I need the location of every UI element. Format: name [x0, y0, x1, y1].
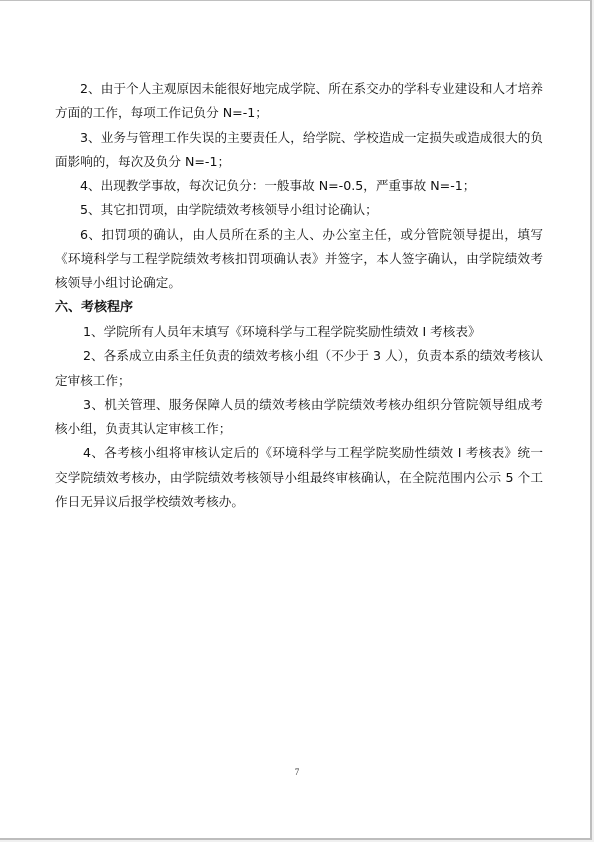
paragraph-procedure-1: 1、学院所有人员年末填写《环境科学与工程学院奖励性绩效 I 考核表》: [55, 320, 543, 344]
paragraph-procedure-3: 3、机关管理、服务保障人员的绩效考核由学院绩效考核办组织分管院领导组成考核小组，…: [55, 393, 543, 442]
section-heading: 六、考核程序: [55, 296, 543, 320]
paragraph-penalty-3: 3、业务与管理工作失误的主要责任人，给学院、学校造成一定损失或造成很大的负面影响…: [55, 126, 543, 175]
paragraph-procedure-4: 4、各考核小组将审核认定后的《环境科学与工程学院奖励性绩效 I 考核表》统一交学…: [55, 441, 543, 514]
paragraph-penalty-2: 2、由于个人主观原因未能很好地完成学院、所在系交办的学科专业建设和人才培养方面的…: [55, 77, 543, 126]
document-body: 2、由于个人主观原因未能很好地完成学院、所在系交办的学科专业建设和人才培养方面的…: [55, 77, 543, 514]
document-page: 2、由于个人主观原因未能很好地完成学院、所在系交办的学科专业建设和人才培养方面的…: [0, 0, 592, 840]
page-number: 7: [0, 767, 594, 777]
paragraph-penalty-5: 5、其它扣罚项，由学院绩效考核领导小组讨论确认；: [55, 198, 543, 222]
paragraph-procedure-2: 2、各系成立由系主任负责的绩效考核小组（不少于 3 人），负责本系的绩效考核认定…: [55, 344, 543, 393]
paragraph-penalty-4: 4、出现教学事故，每次记负分：一般事故 N=-0.5，严重事故 N=-1；: [55, 174, 543, 198]
paragraph-penalty-6: 6、扣罚项的确认，由人员所在系的主人、办公室主任，或分管院领导提出，填写《环境科…: [55, 223, 543, 296]
